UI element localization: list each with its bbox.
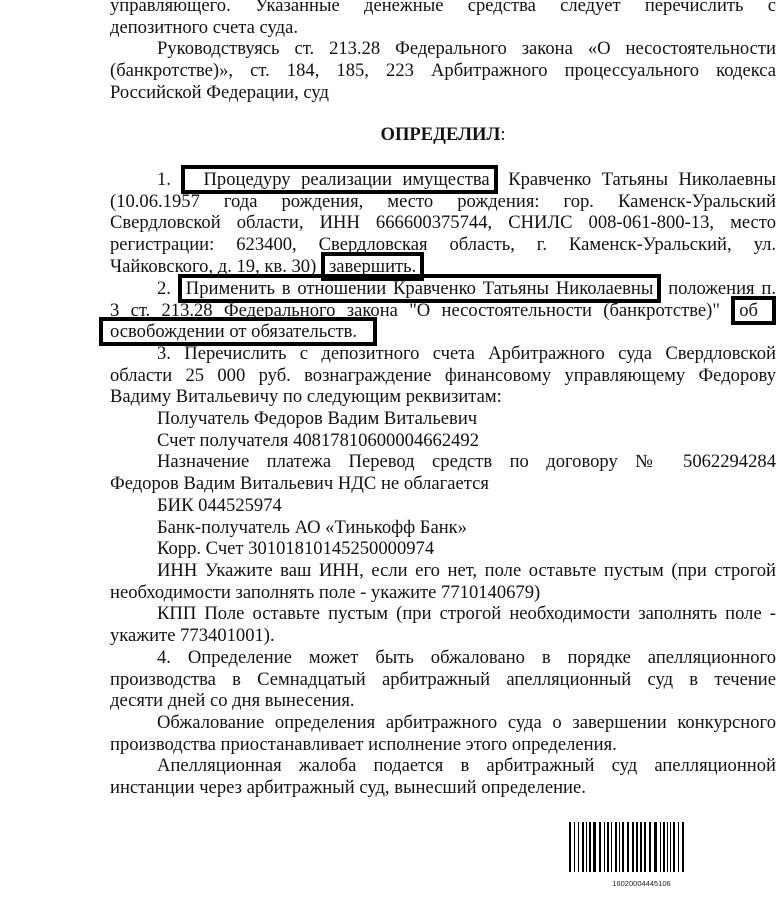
text-line: десяти дней со дня вынесения. <box>110 690 776 712</box>
text-line: производства приостанавливает исполнение… <box>110 734 776 756</box>
text-line: Апелляционная жалоба подается в арбитраж… <box>110 755 776 777</box>
barcode: 16020004445106 <box>569 822 714 886</box>
inn-text: ИНН Укажите ваш ИНН, если его нет, поле … <box>110 560 776 582</box>
heading-text: ОПРЕДЕЛИЛ <box>381 124 501 145</box>
corr-account: Корр. Счет 30101810145250000974 <box>110 538 776 560</box>
ruling-heading: ОПРЕДЕЛИЛ: <box>110 124 776 146</box>
text-line: Российской Федерации, суд <box>110 82 776 104</box>
account-number: Счет получателя 40817810600004662492 <box>110 430 776 452</box>
highlight-box: об <box>731 296 776 325</box>
text-line: Свердловской области, ИНН 666600375744, … <box>110 212 776 234</box>
barcode-bars <box>569 822 714 872</box>
text-line: 3. Перечислить с депозитного счета Арбит… <box>110 343 776 365</box>
text-line: Руководствуясь ст. 213.28 Федерального з… <box>110 38 776 60</box>
text-line: области 25 000 руб. вознаграждение финан… <box>110 365 776 387</box>
barcode-number: 16020004445106 <box>569 873 714 895</box>
highlight-box: Применить в отношении Кравченко Татьяны … <box>178 274 662 303</box>
text-line: инстанции через арбитражный суд, вынесши… <box>110 777 776 799</box>
recipient: Получатель Федоров Вадим Витальевич <box>110 408 776 430</box>
kpp-text: КПП Поле оставьте пустым (при строгой не… <box>110 603 776 625</box>
bik: БИК 044525974 <box>110 495 776 517</box>
text-line: укажите 773401001). <box>110 625 776 647</box>
intro-section: управляющего. Указанные денежные средств… <box>110 0 776 103</box>
text-line: освобождении от обязательств. <box>99 321 776 343</box>
text-line: (банкротстве)», ст. 184, 185, 223 Арбитр… <box>110 60 776 82</box>
item-number: 1. <box>157 169 171 190</box>
appeal-note-1: Обжалование определения арбитражного суд… <box>110 712 776 755</box>
highlight-box: Процедуру реализации имущества <box>181 165 497 194</box>
text-line: Вадиму Витальевичу по следующим реквизит… <box>110 386 776 408</box>
text-line: управляющего. Указанные денежные средств… <box>110 0 776 17</box>
item-2: 2. Применить в отношении Кравченко Татья… <box>99 278 776 343</box>
heading-colon: : <box>500 124 505 145</box>
payment-purpose: Назначение платежа Перевод средств по до… <box>110 451 776 473</box>
text-line: 4. Определение может быть обжаловано в п… <box>110 647 776 669</box>
item-4: 4. Определение может быть обжаловано в п… <box>110 647 776 712</box>
item-3: 3. Перечислить с депозитного счета Арбит… <box>110 343 776 647</box>
bank-name: Банк-получатель АО «Тинькофф Банк» <box>110 517 776 539</box>
item-number: 2. <box>157 278 171 299</box>
text-line: Обжалование определения арбитражного суд… <box>110 712 776 734</box>
text-line: 1. Процедуру реализации имущества Кравче… <box>110 169 776 191</box>
court-ruling-page: управляющего. Указанные денежные средств… <box>0 0 776 899</box>
appeal-note-2: Апелляционная жалоба подается в арбитраж… <box>110 755 776 798</box>
text-line: регистрации: 623400, Свердловская област… <box>110 234 776 256</box>
text-line: Федоров Вадим Витальевич НДС не облагает… <box>110 473 776 495</box>
text-line: необходимости заполнять поле - укажите 7… <box>110 582 776 604</box>
item-1: 1. Процедуру реализации имущества Кравче… <box>110 169 776 277</box>
text-line: производства в Семнадцатый арбитражный а… <box>110 669 776 691</box>
text-line: (10.06.1957 года рождения, место рождени… <box>110 191 776 213</box>
text: Кравченко Татьяны Николаевны <box>508 169 776 190</box>
text-line: депозитного счета суда. <box>110 17 776 39</box>
text-line: 2. Применить в отношении Кравченко Татья… <box>99 278 776 300</box>
